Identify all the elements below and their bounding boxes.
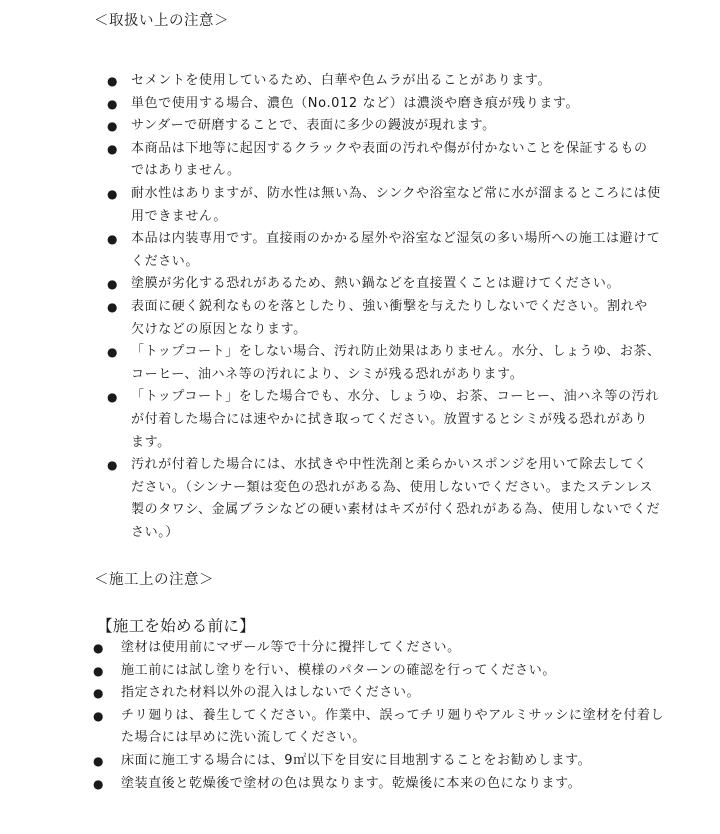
list-item: ●指定された材料以外の混入はしないでください。 <box>121 682 666 705</box>
bullet-icon: ● <box>107 341 118 364</box>
bullet-icon: ● <box>107 386 118 409</box>
list-item: ●「トップコート」をした場合でも、水分、しょうゆ、お茶、コーヒー、油ハネ等の汚れ… <box>131 386 661 454</box>
bullet-icon: ● <box>107 296 118 319</box>
bullet-icon: ● <box>93 750 104 773</box>
bullet-icon: ● <box>93 705 104 728</box>
bullet-icon: ● <box>107 273 118 296</box>
bullet-icon: ● <box>107 70 118 93</box>
list-item: ●耐水性はありますが、防水性は無い為、シンクや浴室など常に水が溜まるところには使… <box>131 183 661 228</box>
bullet-icon: ● <box>107 93 118 116</box>
handling-precautions-heading: ＜取扱い上の注意＞ <box>94 9 229 30</box>
list-item: ●単色で使用する場合、濃色（No.012 など）は濃淡や磨き痕が残ります。 <box>131 93 661 116</box>
list-item: ●塗材は使用前にマザール等で十分に攪拌してください。 <box>121 637 666 660</box>
bullet-icon: ● <box>107 228 118 251</box>
list-item: ●施工前には試し塗りを行い、模様のパターンの確認を行ってください。 <box>121 660 666 683</box>
list-item: ●セメントを使用しているため、白華や色ムラが出ることがあります。 <box>131 70 661 93</box>
list-item: ●塗膜が劣化する恐れがあるため、熱い鍋などを直接置くことは避けてください。 <box>131 273 661 296</box>
list-item: ●表面に硬く鋭利なものを落としたり、強い衝撃を与えたりしないでください。割れや欠… <box>131 296 661 341</box>
bullet-icon: ● <box>107 138 118 161</box>
list-item: ●チリ廻りは、養生してください。作業中、誤ってチリ廻りやアルミサッシに塗材を付着… <box>121 705 666 750</box>
bullet-icon: ● <box>93 682 104 705</box>
bullet-icon: ● <box>93 637 104 660</box>
bullet-icon: ● <box>93 660 104 683</box>
list-item: ●本商品は下地等に起因するクラックや表面の汚れや傷が付かないことを保証するもので… <box>131 138 661 183</box>
bullet-icon: ● <box>107 115 118 138</box>
list-item: ●本品は内装専用です。直接雨のかかる屋外や浴室など湿気の多い場所への施工は避けて… <box>131 228 661 273</box>
construction-precautions-list: ●塗材は使用前にマザール等で十分に攪拌してください。 ●施工前には試し塗りを行い… <box>121 637 666 795</box>
bullet-icon: ● <box>93 773 104 796</box>
before-starting-subheading: 【施工を始める前に】 <box>97 614 255 636</box>
list-item: ●塗装直後と乾燥後で塗材の色は異なります。乾燥後に本来の色になります。 <box>121 773 666 796</box>
list-item: ●床面に施工する場合には、9㎡以下を目安に目地割することをお勧めします。 <box>121 750 666 773</box>
handling-precautions-list: ●セメントを使用しているため、白華や色ムラが出ることがあります。 ●単色で使用す… <box>131 70 661 544</box>
bullet-icon: ● <box>107 183 118 206</box>
list-item: ●汚れが付着した場合には、水拭きや中性洗剤と柔らかいスポンジを用いて除去してくだ… <box>131 454 661 544</box>
list-item: ●「トップコート」をしない場合、汚れ防止効果はありません。水分、しょうゆ、お茶、… <box>131 341 661 386</box>
bullet-icon: ● <box>107 454 118 477</box>
construction-precautions-heading: ＜施工上の注意＞ <box>94 568 214 589</box>
list-item: ●サンダーで研磨することで、表面に多少の鏝波が現れます。 <box>131 115 661 138</box>
